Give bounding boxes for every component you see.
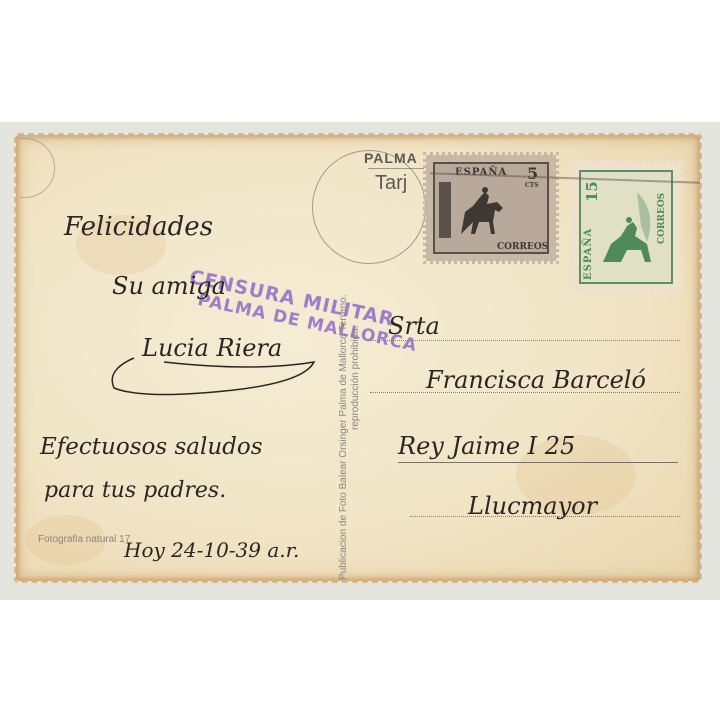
stamp-country: ESPAÑA — [583, 228, 594, 280]
message-line2: Su amiga — [112, 272, 226, 300]
stamp-5-cts: ESPAÑA 5 CTS CORREOS — [426, 155, 556, 261]
publisher-imprint: Publicacion de Foto Balear Orsinger Palm… — [338, 294, 362, 580]
stamp-value: 5 — [527, 164, 538, 183]
publisher-line2: reproducción prohibida. — [350, 294, 362, 580]
signature-flourish — [104, 348, 334, 402]
stamp-unit: CTS — [525, 182, 539, 189]
printed-footer: Fotografia natural 17 — [38, 534, 130, 545]
postmark-slogan: Tarj — [375, 172, 407, 195]
address-dotted-line — [370, 340, 680, 341]
message-date: Hoy 24-10-39 a.r. — [124, 538, 299, 562]
address-underline — [398, 462, 678, 463]
address-line1: Srta — [388, 312, 440, 340]
address-line4: Llucmayor — [468, 492, 597, 520]
publisher-line1: Publicacion de Foto Balear Orsinger Palm… — [338, 294, 350, 580]
horseman-icon — [439, 182, 519, 238]
address-line3: Rey Jaime I 25 — [398, 432, 575, 460]
postmark-city: PALMA — [364, 150, 418, 166]
address-line2: Francisca Barceló — [426, 366, 646, 394]
stamp-label: CORREOS — [497, 242, 548, 252]
horseman-icon — [597, 192, 659, 276]
postmark-wavy-line — [368, 168, 424, 169]
message-body-line1: Efectuosos saludos — [40, 434, 263, 460]
message-greeting: Felicidades — [64, 212, 213, 242]
message-body-line2: para tus padres. — [44, 478, 226, 503]
